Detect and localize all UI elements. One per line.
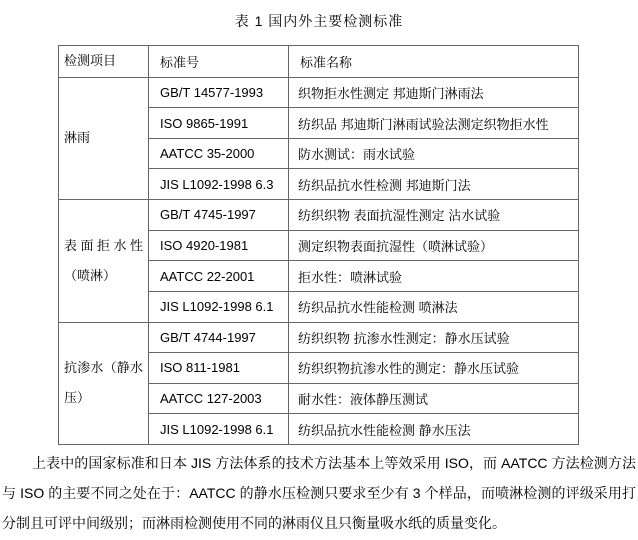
- body-paragraph: 上表中的国家标准和日本 JIS 方法体系的技术方法基本上等效采用 ISO，而 A…: [2, 448, 636, 538]
- standard-no-cell: JIS L1092-1998 6.1: [149, 291, 289, 322]
- standard-no-cell: JIS L1092-1998 6.3: [149, 169, 289, 200]
- category-cell-rain: 淋雨: [59, 77, 149, 199]
- standard-name-cell: 纺织品抗水性检测 邦迪斯门法: [289, 169, 579, 200]
- standard-name-cell: 耐水性：液体静压测试: [289, 383, 579, 414]
- category-cell-surface-repellency: 表面拒水性（喷淋）: [59, 200, 149, 322]
- standard-no-cell: GB/T 4744-1997: [149, 322, 289, 353]
- standard-no-cell: AATCC 127-2003: [149, 383, 289, 414]
- standard-name-cell: 防水测试：雨水试验: [289, 138, 579, 169]
- standard-name-cell: 织物拒水性测定 邦迪斯门淋雨法: [289, 77, 579, 108]
- standard-no-cell: ISO 9865-1991: [149, 108, 289, 139]
- column-header-test-item: 检测项目: [59, 46, 149, 78]
- standard-no-cell: GB/T 14577-1993: [149, 77, 289, 108]
- table-caption: 表 1 国内外主要检测标准: [0, 11, 638, 31]
- table-row: 淋雨 GB/T 14577-1993 织物拒水性测定 邦迪斯门淋雨法: [59, 77, 579, 108]
- standard-no-cell: AATCC 35-2000: [149, 138, 289, 169]
- document-page: 表 1 国内外主要检测标准 检测项目 标准号 标准名称 淋雨 GB/T 1457…: [0, 0, 638, 540]
- table-row: 抗渗水（静水压） GB/T 4744-1997 纺织织物 抗渗水性测定：静水压试…: [59, 322, 579, 353]
- standard-no-cell: JIS L1092-1998 6.1: [149, 414, 289, 445]
- table-header-row: 检测项目 标准号 标准名称: [59, 46, 579, 78]
- standard-name-cell: 纺织织物 表面抗湿性测定 沾水试验: [289, 200, 579, 231]
- standard-no-cell: AATCC 22-2001: [149, 261, 289, 292]
- column-header-standard-name: 标准名称: [289, 46, 579, 78]
- standard-name-cell: 纺织织物 抗渗水性测定：静水压试验: [289, 322, 579, 353]
- standard-no-cell: ISO 811-1981: [149, 353, 289, 384]
- column-header-standard-no: 标准号: [149, 46, 289, 78]
- standard-name-cell: 纺织织物抗渗水性的测定：静水压试验: [289, 353, 579, 384]
- category-cell-hydrostatic: 抗渗水（静水压）: [59, 322, 149, 445]
- standard-no-cell: GB/T 4745-1997: [149, 200, 289, 231]
- standards-table: 检测项目 标准号 标准名称 淋雨 GB/T 14577-1993 织物拒水性测定…: [58, 45, 579, 445]
- standard-name-cell: 纺织品抗水性能检测 喷淋法: [289, 291, 579, 322]
- standard-name-cell: 拒水性：喷淋试验: [289, 261, 579, 292]
- standard-no-cell: ISO 4920-1981: [149, 230, 289, 261]
- standard-name-cell: 纺织品 邦迪斯门淋雨试验法测定织物拒水性: [289, 108, 579, 139]
- standard-name-cell: 测定织物表面抗湿性（喷淋试验）: [289, 230, 579, 261]
- table-row: 表面拒水性（喷淋） GB/T 4745-1997 纺织织物 表面抗湿性测定 沾水…: [59, 200, 579, 231]
- standard-name-cell: 纺织品抗水性能检测 静水压法: [289, 414, 579, 445]
